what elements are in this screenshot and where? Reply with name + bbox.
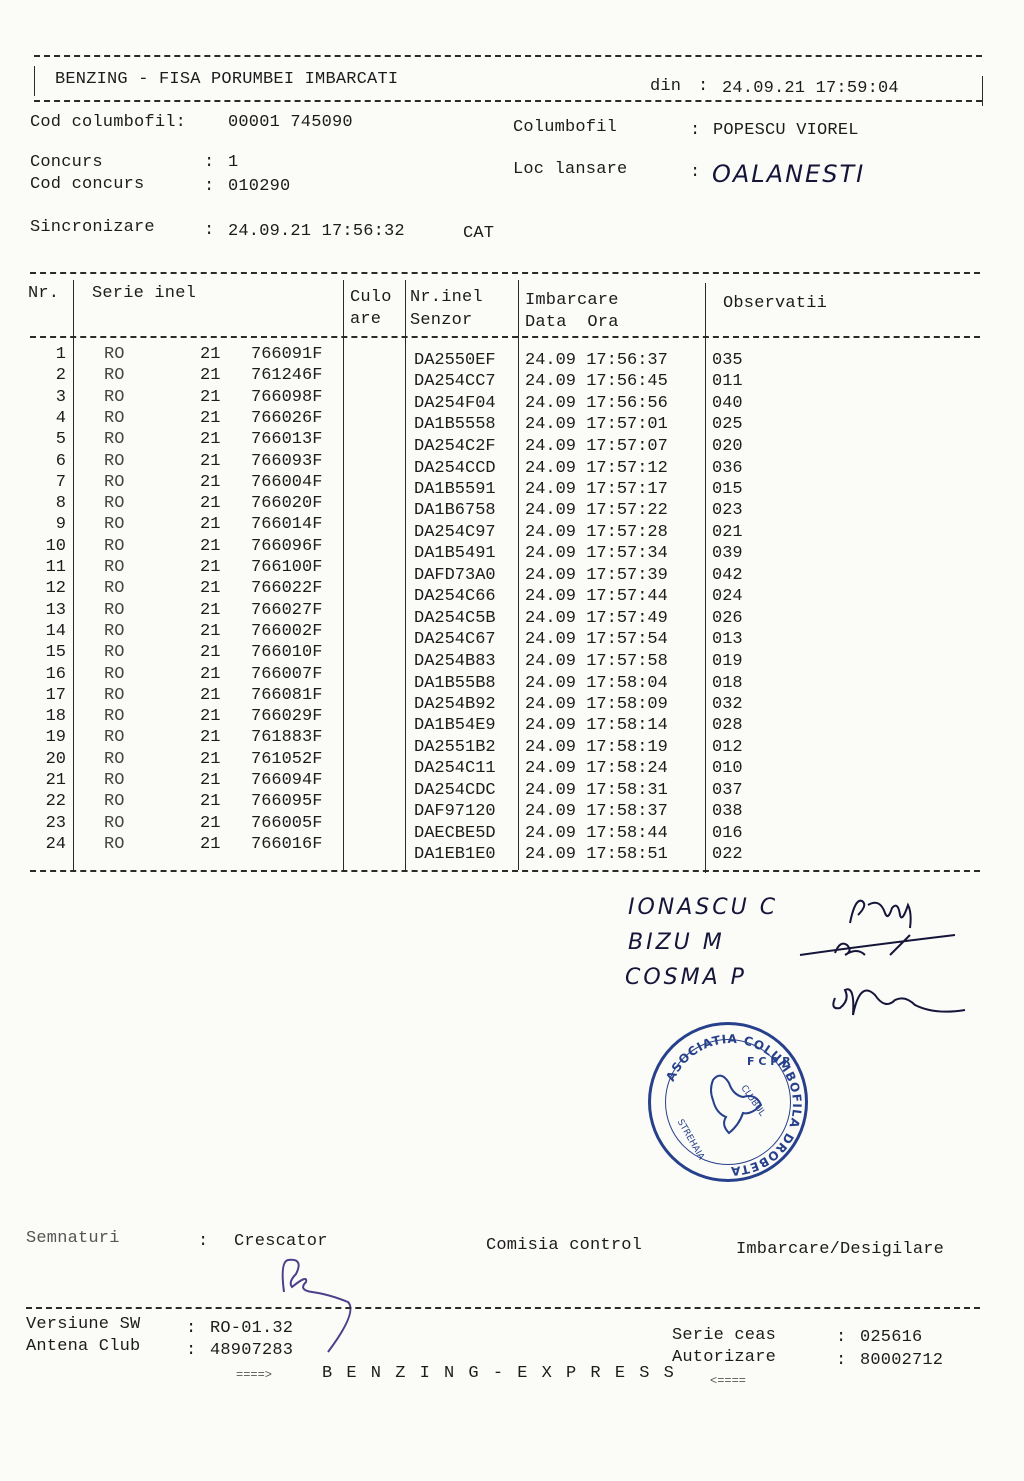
- sincronizare-sep: :: [204, 221, 214, 240]
- row-number: 24: [46, 835, 66, 854]
- col-header-imbarcare-1: Imbarcare: [525, 291, 619, 310]
- ring-number: 766095F: [251, 792, 322, 811]
- autorizare-sep: :: [836, 1351, 846, 1370]
- columbofil-value: POPESCU VIOREL: [713, 121, 859, 140]
- versiune-label: Versiune SW: [26, 1315, 140, 1334]
- row-number: 19: [46, 728, 66, 747]
- col-header-imbarcare-2: Data Ora: [525, 313, 619, 332]
- table-row: 24RO21766016FDA1EB1E024.09 17:58:51022: [0, 835, 1024, 856]
- ring-country: RO: [104, 686, 124, 705]
- table-row: 23RO21766005FDAECBE5D24.09 17:58:44016: [0, 814, 1024, 835]
- table-row: 9RO21766014FDA254C9724.09 17:57:28021: [0, 515, 1024, 536]
- row-number: 16: [46, 665, 66, 684]
- table-row: 16RO21766007FDA1B55B824.09 17:58:04018: [0, 665, 1024, 686]
- row-number: 1: [56, 345, 66, 364]
- col-header-nr: Nr.: [28, 284, 59, 303]
- ring-country: RO: [104, 430, 124, 449]
- ring-number: 761246F: [251, 366, 322, 385]
- ring-country: RO: [104, 835, 124, 854]
- ring-year: 21: [200, 601, 220, 620]
- autorizare-value: 80002712: [860, 1351, 943, 1370]
- row-number: 10: [46, 537, 66, 556]
- row-number: 22: [46, 792, 66, 811]
- commission-name-3: COSMA P: [625, 965, 747, 990]
- header-right-border: [982, 76, 983, 106]
- concurs-sep: :: [204, 153, 214, 172]
- table-row: 4RO21766026FDA1B555824.09 17:57:01025: [0, 409, 1024, 430]
- stamp-text-ring: ASOCIATIA COLUMBOFILA DROBETA F C P R CL…: [651, 1025, 811, 1185]
- table-row: 8RO21766020FDA1B675824.09 17:57:22023: [0, 494, 1024, 515]
- ring-year: 21: [200, 686, 220, 705]
- ring-year: 21: [200, 409, 220, 428]
- ring-country: RO: [104, 388, 124, 407]
- table-row: 18RO21766029FDA1B54E924.09 17:58:14028: [0, 707, 1024, 728]
- ring-number: 766091F: [251, 345, 322, 364]
- commission-name-2: BIZU M: [628, 930, 725, 955]
- signature-3-icon: [825, 970, 975, 1030]
- ring-year: 21: [200, 835, 220, 854]
- loc-lansare-label: Loc lansare: [513, 160, 627, 179]
- ring-year: 21: [200, 622, 220, 641]
- table-row: 10RO21766096FDA1B549124.09 17:57:34039: [0, 537, 1024, 558]
- ring-year: 21: [200, 388, 220, 407]
- ring-year: 21: [200, 750, 220, 769]
- table-row: 22RO21766095FDAF9712024.09 17:58:37038: [0, 792, 1024, 813]
- ring-year: 21: [200, 537, 220, 556]
- footer-rule: [26, 1307, 980, 1309]
- ring-year: 21: [200, 579, 220, 598]
- ring-country: RO: [104, 750, 124, 769]
- ring-number: 766100F: [251, 558, 322, 577]
- signature-crescator-label: Crescator: [234, 1232, 328, 1251]
- signature-2-icon: [795, 925, 965, 965]
- table-row: 17RO21766081FDA254B9224.09 17:58:09032: [0, 686, 1024, 707]
- ring-country: RO: [104, 643, 124, 662]
- cod-concurs-value: 010290: [228, 177, 290, 196]
- ring-number: 766005F: [251, 814, 322, 833]
- ring-number: 766081F: [251, 686, 322, 705]
- sincronizare-label: Sincronizare: [30, 218, 155, 237]
- columbofil-sep: :: [690, 121, 700, 140]
- document-title: BENZING - FISA PORUMBEI IMBARCATI: [55, 70, 398, 89]
- ring-year: 21: [200, 558, 220, 577]
- sincronizare-tz: CAT: [463, 224, 494, 243]
- banner-right-arrow: <====: [710, 1374, 746, 1388]
- table-row: 15RO21766010FDA254B8324.09 17:57:58019: [0, 643, 1024, 664]
- ring-number: 766007F: [251, 665, 322, 684]
- sincronizare-value: 24.09.21 17:56:32: [228, 222, 405, 241]
- signature-comisia-label: Comisia control: [486, 1236, 642, 1255]
- concurs-label: Concurs: [30, 153, 103, 172]
- row-number: 9: [56, 515, 66, 534]
- ring-number: 766026F: [251, 409, 322, 428]
- row-number: 4: [56, 409, 66, 428]
- table-row: 11RO21766100FDAFD73A024.09 17:57:39042: [0, 558, 1024, 579]
- signatures-sep: :: [198, 1232, 208, 1251]
- ring-country: RO: [104, 707, 124, 726]
- serie-ceas-sep: :: [836, 1328, 846, 1347]
- ring-number: 761052F: [251, 750, 322, 769]
- ring-year: 21: [200, 643, 220, 662]
- antena-value: 48907283: [210, 1341, 293, 1360]
- ring-country: RO: [104, 345, 124, 364]
- sensor-id: DA1EB1E0: [414, 845, 496, 864]
- table-row: 13RO21766027FDA254C5B24.09 17:57:49026: [0, 601, 1024, 622]
- ring-year: 21: [200, 430, 220, 449]
- table-row: 19RO21761883FDA2551B224.09 17:58:19012: [0, 728, 1024, 749]
- table-row: 3RO21766098FDA254F0424.09 17:56:56040: [0, 388, 1024, 409]
- ring-country: RO: [104, 515, 124, 534]
- ring-number: 766094F: [251, 771, 322, 790]
- ring-number: 766013F: [251, 430, 322, 449]
- ring-country: RO: [104, 494, 124, 513]
- table-row: 2RO21761246FDA254CC724.09 17:56:45011: [0, 366, 1024, 387]
- ring-country: RO: [104, 665, 124, 684]
- ring-year: 21: [200, 665, 220, 684]
- ring-number: 766002F: [251, 622, 322, 641]
- loc-lansare-value: OALANESTI: [712, 160, 865, 188]
- cod-columbofil-value: 00001 745090: [228, 113, 353, 132]
- ring-year: 21: [200, 771, 220, 790]
- row-number: 3: [56, 388, 66, 407]
- autorizare-label: Autorizare: [672, 1348, 776, 1367]
- ring-number: 766098F: [251, 388, 322, 407]
- observation: 022: [712, 845, 743, 864]
- ring-number: 766022F: [251, 579, 322, 598]
- cod-concurs-sep: :: [204, 177, 214, 196]
- table-header-rule: [30, 336, 980, 338]
- club-stamp: ASOCIATIA COLUMBOFILA DROBETA F C P R CL…: [648, 1022, 808, 1182]
- row-number: 14: [46, 622, 66, 641]
- svg-text:F C P R: F C P R: [747, 1055, 791, 1068]
- table-row: 6RO21766093FDA254CCD24.09 17:57:12036: [0, 452, 1024, 473]
- ring-country: RO: [104, 537, 124, 556]
- row-number: 8: [56, 494, 66, 513]
- ring-country: RO: [104, 452, 124, 471]
- row-number: 11: [46, 558, 66, 577]
- col-header-nr-inel-1: Nr.inel: [410, 288, 483, 307]
- row-number: 21: [46, 771, 66, 790]
- antena-sep: :: [186, 1341, 196, 1360]
- row-number: 17: [46, 686, 66, 705]
- row-number: 13: [46, 601, 66, 620]
- ring-year: 21: [200, 366, 220, 385]
- cod-columbofil-label: Cod columbofil:: [30, 113, 186, 132]
- header-date-sep: :: [698, 77, 708, 96]
- ring-number: 766027F: [251, 601, 322, 620]
- ring-number: 766014F: [251, 515, 322, 534]
- header-date-label: din: [650, 77, 681, 96]
- col-header-nr-inel-2: Senzor: [410, 311, 472, 330]
- banner-left-arrow: ====>: [236, 1368, 272, 1382]
- row-number: 15: [46, 643, 66, 662]
- header-date-value: 24.09.21 17:59:04: [722, 79, 899, 98]
- ring-country: RO: [104, 771, 124, 790]
- table-row: 14RO21766002FDA254C6724.09 17:57:54013: [0, 622, 1024, 643]
- ring-year: 21: [200, 515, 220, 534]
- serie-ceas-value: 025616: [860, 1328, 922, 1347]
- svg-text:STREHAIA: STREHAIA: [675, 1118, 707, 1163]
- basketing-datetime: 24.09 17:58:51: [525, 845, 668, 864]
- ring-number: 766010F: [251, 643, 322, 662]
- ring-year: 21: [200, 345, 220, 364]
- ring-country: RO: [104, 601, 124, 620]
- col-header-serie-inel: Serie inel: [92, 284, 196, 303]
- col-header-culoare-1: Culo: [350, 288, 392, 307]
- header-bottom-rule: [34, 100, 982, 102]
- col-header-observatii: Observatii: [723, 294, 827, 313]
- ring-country: RO: [104, 622, 124, 641]
- table-row: 5RO21766013FDA254C2F24.09 17:57:07020: [0, 430, 1024, 451]
- row-number: 6: [56, 452, 66, 471]
- row-number: 7: [56, 473, 66, 492]
- ring-country: RO: [104, 814, 124, 833]
- row-number: 18: [46, 707, 66, 726]
- header-top-rule: [34, 55, 982, 57]
- commission-name-1: IONASCU C: [628, 895, 778, 920]
- columbofil-label: Columbofil: [513, 118, 617, 137]
- serie-ceas-label: Serie ceas: [672, 1326, 776, 1345]
- versiune-sep: :: [186, 1319, 196, 1338]
- cod-concurs-label: Cod concurs: [30, 175, 144, 194]
- concurs-value: 1: [228, 153, 238, 172]
- table-top-rule: [30, 272, 980, 274]
- antena-label: Antena Club: [26, 1337, 140, 1356]
- ring-number: 766093F: [251, 452, 322, 471]
- signature-imbarcare-label: Imbarcare/Desigilare: [736, 1240, 944, 1259]
- ring-number: 766020F: [251, 494, 322, 513]
- ring-country: RO: [104, 558, 124, 577]
- ring-number: 766029F: [251, 707, 322, 726]
- table-row: 7RO21766004FDA1B559124.09 17:57:17015: [0, 473, 1024, 494]
- header-left-border: [34, 66, 35, 96]
- ring-number: 766016F: [251, 835, 322, 854]
- table-row: 12RO21766022FDA254C6624.09 17:57:44024: [0, 579, 1024, 600]
- ring-number: 761883F: [251, 728, 322, 747]
- footer-banner: B E N Z I N G - E X P R E S S: [322, 1364, 676, 1383]
- row-number: 12: [46, 579, 66, 598]
- signatures-label: Semnaturi: [26, 1229, 120, 1248]
- row-number: 20: [46, 750, 66, 769]
- col-header-culoare-2: are: [350, 310, 381, 329]
- table-bottom-rule: [30, 870, 980, 872]
- table-row: 20RO21761052FDA254C1124.09 17:58:24010: [0, 750, 1024, 771]
- loc-lansare-sep: :: [690, 163, 700, 182]
- ring-year: 21: [200, 494, 220, 513]
- ring-country: RO: [104, 473, 124, 492]
- ring-number: 766096F: [251, 537, 322, 556]
- ring-year: 21: [200, 792, 220, 811]
- ring-number: 766004F: [251, 473, 322, 492]
- ring-country: RO: [104, 366, 124, 385]
- ring-year: 21: [200, 728, 220, 747]
- versiune-value: RO-01.32: [210, 1319, 293, 1338]
- ring-year: 21: [200, 814, 220, 833]
- table-row: 21RO21766094FDA254CDC24.09 17:58:31037: [0, 771, 1024, 792]
- ring-year: 21: [200, 473, 220, 492]
- ring-country: RO: [104, 728, 124, 747]
- ring-year: 21: [200, 707, 220, 726]
- svg-text:ASOCIATIA COLUMBOFILA DROBETA: ASOCIATIA COLUMBOFILA DROBETA: [663, 1032, 804, 1178]
- table-row: 1RO21766091FDA2550EF24.09 17:56:37035: [0, 345, 1024, 366]
- ring-year: 21: [200, 452, 220, 471]
- row-number: 5: [56, 430, 66, 449]
- row-number: 23: [46, 814, 66, 833]
- ring-country: RO: [104, 579, 124, 598]
- ring-country: RO: [104, 792, 124, 811]
- row-number: 2: [56, 366, 66, 385]
- ring-country: RO: [104, 409, 124, 428]
